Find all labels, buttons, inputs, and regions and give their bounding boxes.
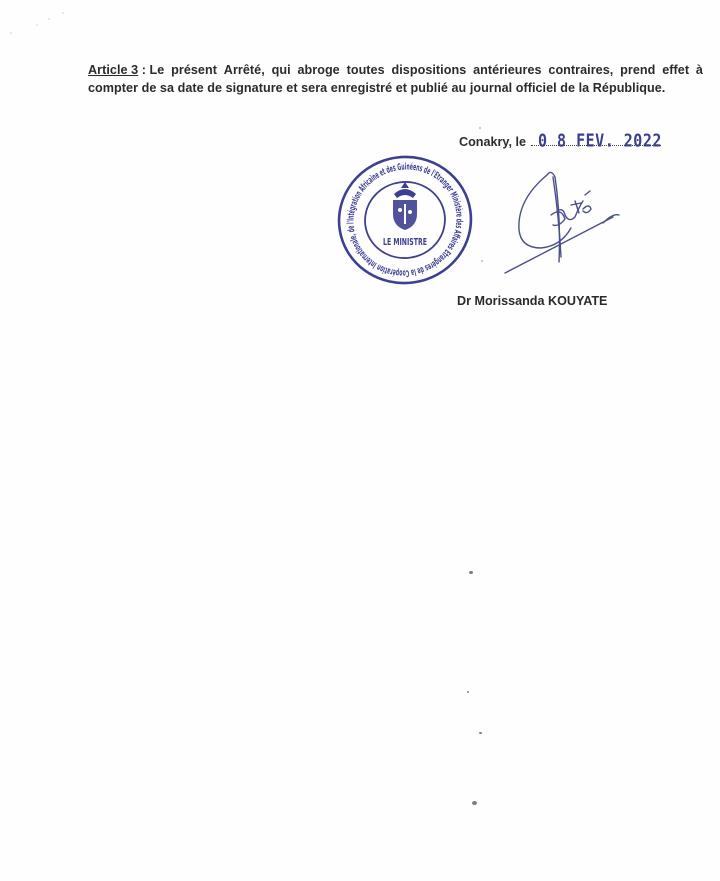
coat-of-arms-icon	[393, 182, 417, 230]
handwritten-signature-icon	[495, 165, 635, 285]
scan-speck	[467, 691, 469, 693]
date-stamp: 0 8 FEV. 2022	[538, 130, 662, 151]
place-label: Conakry, le	[459, 135, 526, 149]
scan-speck	[472, 801, 477, 805]
scan-speck	[48, 18, 50, 20]
article-word: contraires,	[548, 62, 613, 80]
article-word: Le	[150, 63, 165, 77]
document-page: Article 3 : Le présent Arrêté, qui abrog…	[0, 0, 720, 881]
scan-speck	[62, 12, 64, 14]
official-seal-icon: Ministère des Affaires Etrangères de la …	[330, 150, 480, 290]
article-word: présent	[171, 62, 217, 80]
seal-center-text: LE MINISTRE	[383, 237, 427, 248]
article-word: prend	[620, 62, 655, 80]
article-line-2: compter de sa date de signature et sera …	[88, 80, 703, 98]
scan-speck	[469, 571, 473, 574]
article-word: à	[696, 62, 703, 80]
article-word: toutes	[347, 62, 385, 80]
article-word: Arrêté,	[224, 62, 265, 80]
article-heading: Article 3 : Le	[88, 62, 164, 80]
article-word: antérieures	[473, 62, 541, 80]
article-word: dispositions	[392, 62, 467, 80]
scan-speck	[481, 260, 483, 262]
article-label: Article 3	[88, 63, 138, 77]
article-separator: :	[138, 63, 149, 77]
article-word: abroge	[297, 62, 339, 80]
scan-speck	[479, 732, 482, 734]
article-line-1: Article 3 : Le présent Arrêté, qui abrog…	[88, 62, 703, 80]
scan-speck	[36, 24, 38, 26]
article-word: effet	[662, 62, 689, 80]
signatory-name: Dr Morissanda KOUYATE	[457, 294, 607, 308]
article-3-paragraph: Article 3 : Le présent Arrêté, qui abrog…	[88, 62, 703, 97]
article-word: qui	[272, 62, 291, 80]
scan-speck	[479, 127, 481, 129]
scan-speck	[10, 32, 12, 34]
